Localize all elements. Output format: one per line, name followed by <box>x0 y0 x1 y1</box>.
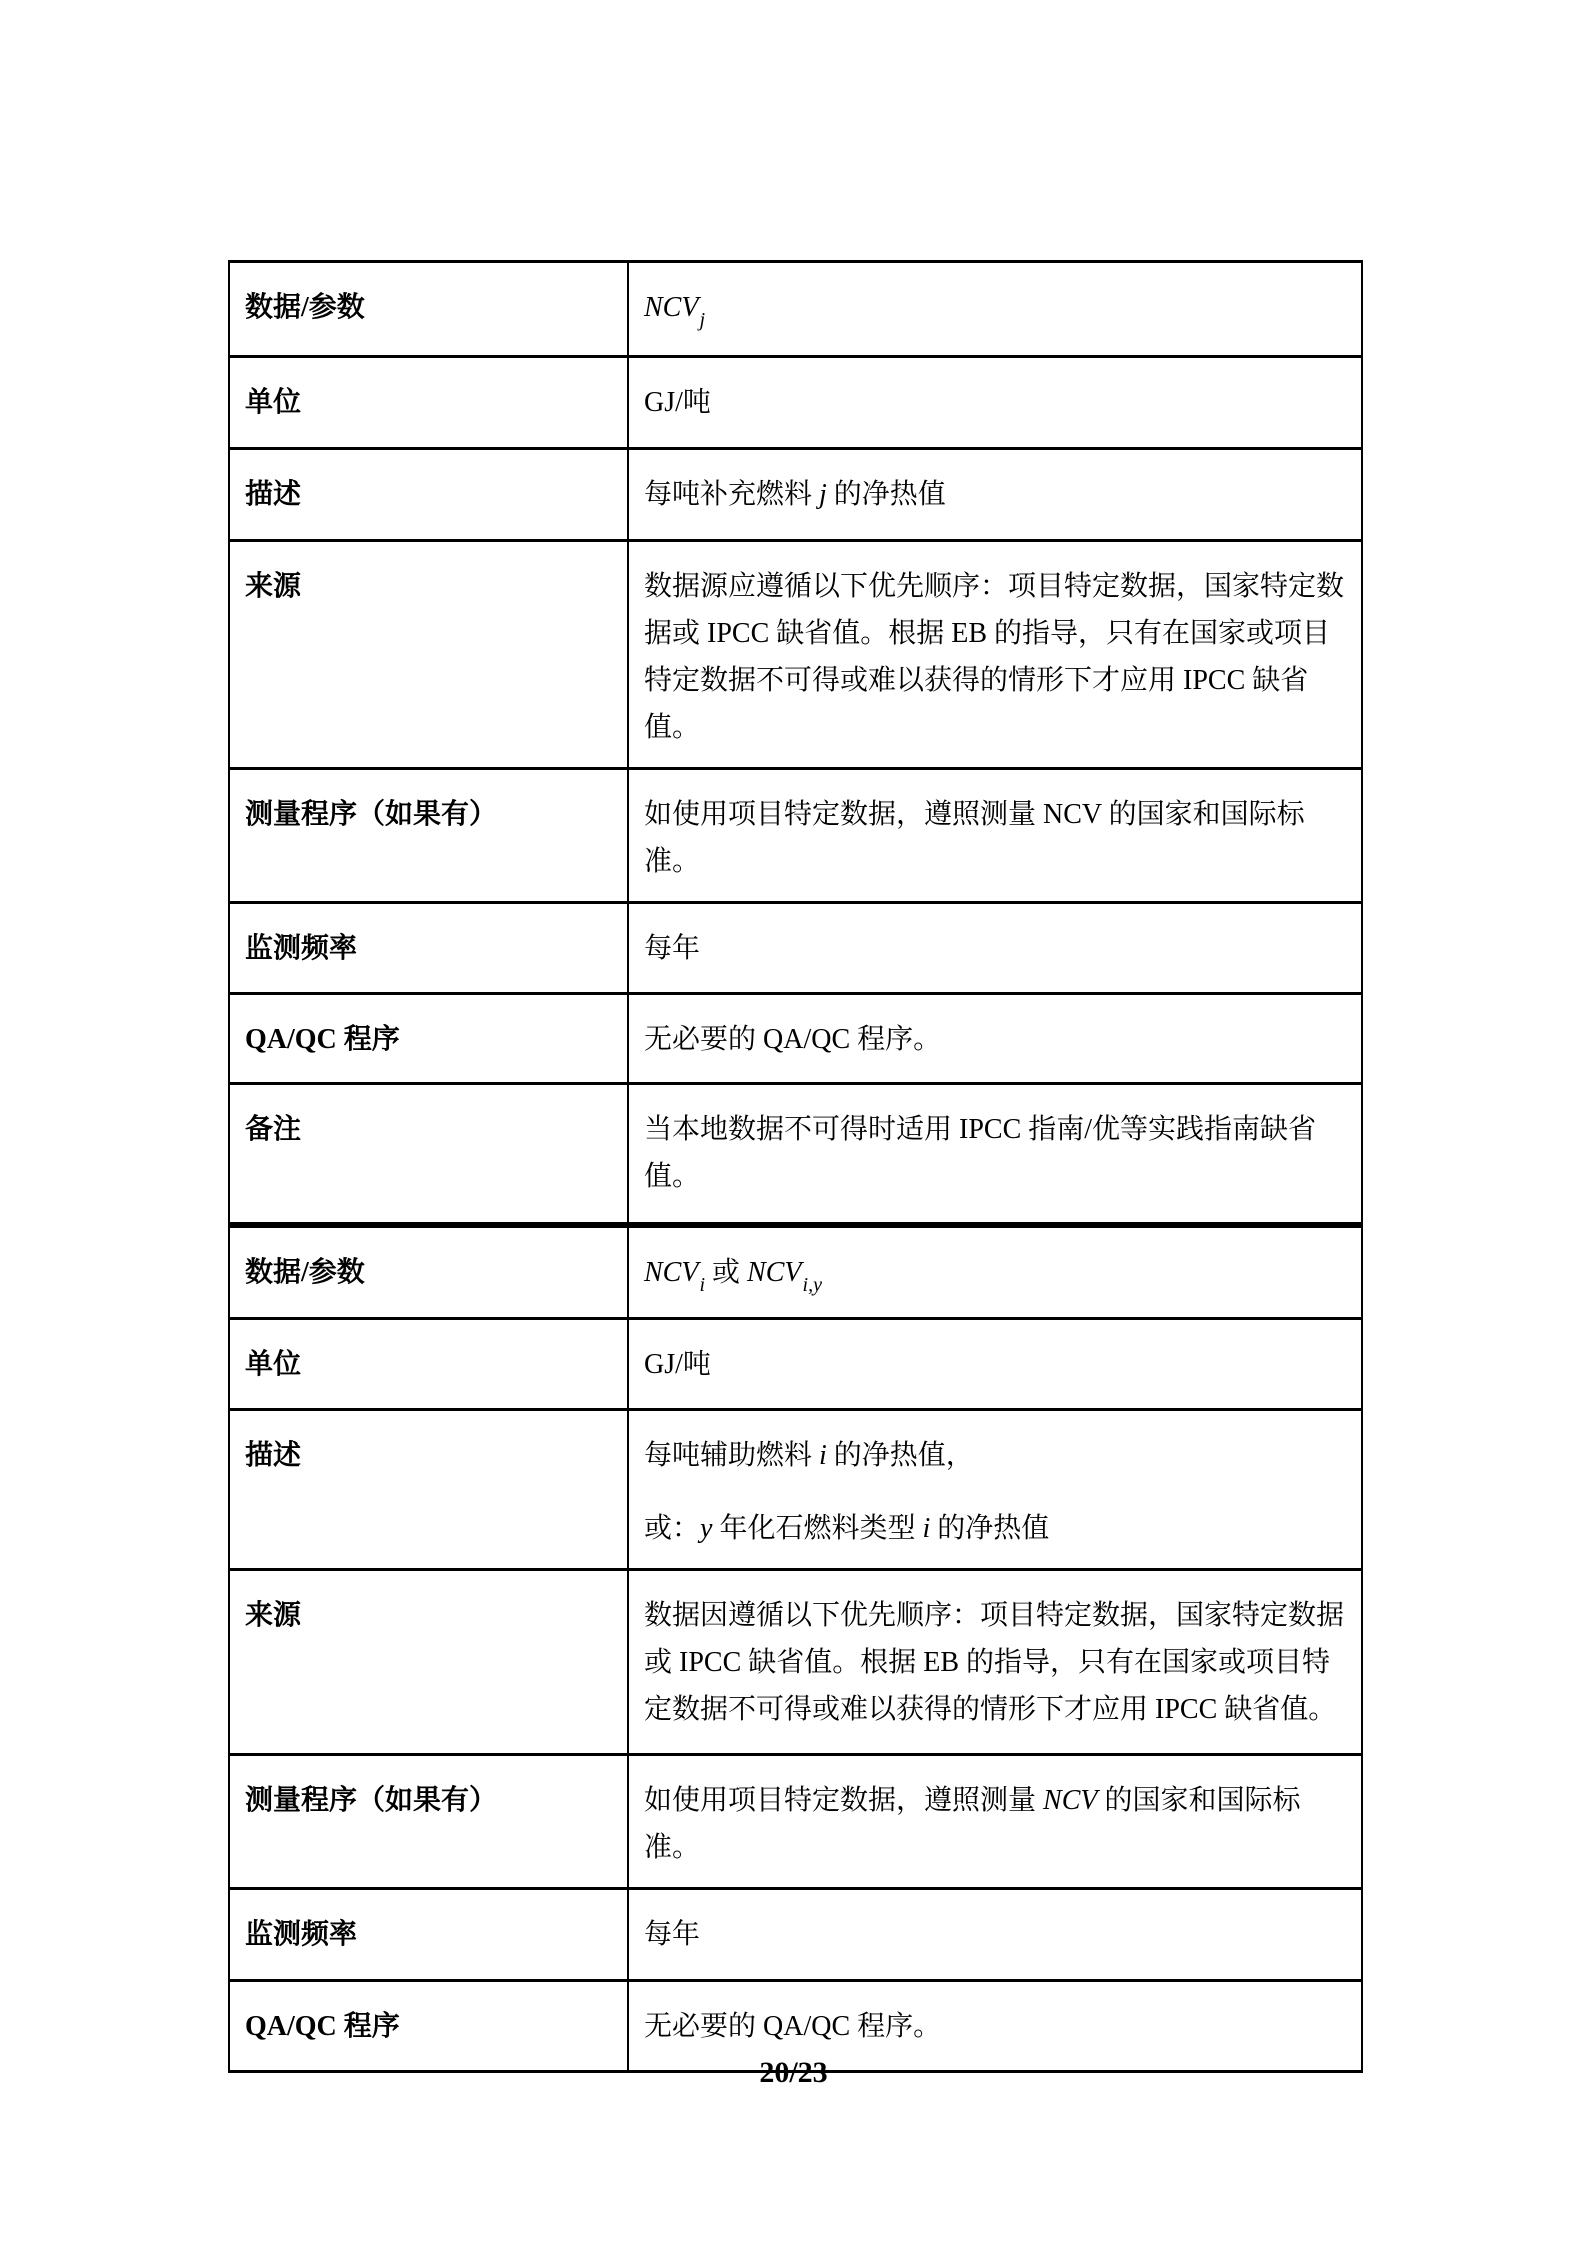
page-number: 20/23 <box>0 2056 1587 2090</box>
value-line: GJ/吨 <box>644 1341 1349 1388</box>
row-label: 测量程序（如果有） <box>230 770 627 901</box>
table-row: 数据/参数NCVj <box>230 263 1361 355</box>
row-label: 描述 <box>230 1411 627 1568</box>
text-segment: NCV <box>747 1257 801 1288</box>
text-segment: 如使用项目特定数据，遵照测量 NCV 的国家和国际标准。 <box>644 799 1305 877</box>
text-segment: 的净热值 <box>827 479 946 510</box>
row-label: 监测频率 <box>230 1890 627 1979</box>
text-segment: 或： <box>644 1513 700 1544</box>
row-value: 数据因遵循以下优先顺序：项目特定数据，国家特定数据或 IPCC 缺省值。根据 E… <box>627 1571 1361 1753</box>
text-segment: 每吨补充燃料 <box>644 479 819 510</box>
table-row: 描述每吨辅助燃料 i 的净热值，或：y 年化石燃料类型 i 的净热值 <box>230 1408 1361 1568</box>
table-row: 备注当本地数据不可得时适用 IPCC 指南/优等实践指南缺省值。 <box>230 1082 1361 1222</box>
table-row: 监测频率每年 <box>230 901 1361 992</box>
subscript-text: j <box>699 309 705 331</box>
text-segment: y <box>700 1513 712 1544</box>
value-line: 每吨辅助燃料 i 的净热值， <box>644 1432 1349 1479</box>
row-value: 数据源应遵循以下优先顺序：项目特定数据，国家特定数据或 IPCC 缺省值。根据 … <box>627 542 1361 767</box>
text-segment: NCV <box>1043 1785 1097 1816</box>
row-value: 当本地数据不可得时适用 IPCC 指南/优等实践指南缺省值。 <box>627 1085 1361 1222</box>
row-value: 如使用项目特定数据，遵照测量 NCV 的国家和国际标准。 <box>627 770 1361 901</box>
table-row: QA/QC 程序无必要的 QA/QC 程序。 <box>230 992 1361 1082</box>
row-label: 数据/参数 <box>230 1228 627 1317</box>
subscript-text: i,y <box>803 1274 822 1296</box>
value-line: NCVj <box>644 284 1349 334</box>
value-line: 数据因遵循以下优先顺序：项目特定数据，国家特定数据或 IPCC 缺省值。根据 E… <box>644 1592 1349 1733</box>
row-label: 备注 <box>230 1085 627 1222</box>
parameter-table-ncv-j: 数据/参数NCVj单位GJ/吨描述每吨补充燃料 j 的净热值来源数据源应遵循以下… <box>228 260 1363 1225</box>
value-line: 无必要的 QA/QC 程序。 <box>644 2003 1349 2050</box>
text-segment: 当本地数据不可得时适用 IPCC 指南/优等实践指南缺省值。 <box>644 1114 1316 1192</box>
row-value: GJ/吨 <box>627 1320 1361 1408</box>
row-label: 监测频率 <box>230 904 627 992</box>
value-line: 数据源应遵循以下优先顺序：项目特定数据，国家特定数据或 IPCC 缺省值。根据 … <box>644 563 1349 751</box>
row-label: 单位 <box>230 358 627 447</box>
text-segment: 无必要的 QA/QC 程序。 <box>644 1024 941 1055</box>
row-label: 单位 <box>230 1320 627 1408</box>
value-line: 如使用项目特定数据，遵照测量 NCV 的国家和国际标准。 <box>644 1777 1349 1871</box>
row-label: 描述 <box>230 450 627 539</box>
document-page: 数据/参数NCVj单位GJ/吨描述每吨补充燃料 j 的净热值来源数据源应遵循以下… <box>0 0 1587 2245</box>
row-label: 测量程序（如果有） <box>230 1756 627 1887</box>
text-segment: 年化石燃料类型 <box>712 1513 922 1544</box>
row-label: QA/QC 程序 <box>230 995 627 1082</box>
table-row: 来源数据源应遵循以下优先顺序：项目特定数据，国家特定数据或 IPCC 缺省值。根… <box>230 539 1361 767</box>
table-row: 单位GJ/吨 <box>230 355 1361 447</box>
row-value: 无必要的 QA/QC 程序。 <box>627 995 1361 1082</box>
table-row: 来源数据因遵循以下优先顺序：项目特定数据，国家特定数据或 IPCC 缺省值。根据… <box>230 1568 1361 1753</box>
row-value: GJ/吨 <box>627 358 1361 447</box>
text-segment: 每年 <box>644 1919 700 1950</box>
value-line: 每年 <box>644 925 1349 972</box>
text-segment: 每吨辅助燃料 <box>644 1440 819 1471</box>
table-row: 测量程序（如果有）如使用项目特定数据，遵照测量 NCV 的国家和国际标准。 <box>230 767 1361 901</box>
value-line: 或：y 年化石燃料类型 i 的净热值 <box>644 1505 1349 1552</box>
table-row: 测量程序（如果有）如使用项目特定数据，遵照测量 NCV 的国家和国际标准。 <box>230 1753 1361 1887</box>
table-row: 单位GJ/吨 <box>230 1317 1361 1408</box>
row-value: 如使用项目特定数据，遵照测量 NCV 的国家和国际标准。 <box>627 1756 1361 1887</box>
text-segment: 如使用项目特定数据，遵照测量 <box>644 1785 1043 1816</box>
text-segment: GJ/吨 <box>644 1349 711 1380</box>
text-segment: NCV <box>644 292 698 323</box>
text-segment: 每年 <box>644 933 700 964</box>
text-segment: NCV <box>644 1257 698 1288</box>
table-row: 监测频率每年 <box>230 1887 1361 1979</box>
row-value: NCVi 或 NCVi,y <box>627 1228 1361 1317</box>
value-line: 每吨补充燃料 j 的净热值 <box>644 471 1349 518</box>
text-segment: j <box>819 479 827 510</box>
text-segment: GJ/吨 <box>644 387 711 418</box>
value-line: NCVi 或 NCVi,y <box>644 1249 1349 1299</box>
row-value: 每吨辅助燃料 i 的净热值，或：y 年化石燃料类型 i 的净热值 <box>627 1411 1361 1568</box>
row-label: 来源 <box>230 1571 627 1753</box>
row-value: 每吨补充燃料 j 的净热值 <box>627 450 1361 539</box>
row-label: 来源 <box>230 542 627 767</box>
value-line: 如使用项目特定数据，遵照测量 NCV 的国家和国际标准。 <box>644 791 1349 885</box>
row-value: 每年 <box>627 904 1361 992</box>
row-label: 数据/参数 <box>230 263 627 355</box>
value-line: 当本地数据不可得时适用 IPCC 指南/优等实践指南缺省值。 <box>644 1106 1349 1200</box>
value-line: 每年 <box>644 1911 1349 1958</box>
text-segment: i <box>819 1440 827 1471</box>
row-value: 每年 <box>627 1890 1361 1979</box>
subscript-text: i <box>699 1274 705 1296</box>
text-segment: 数据源应遵循以下优先顺序：项目特定数据，国家特定数据或 IPCC 缺省值。根据 … <box>644 571 1344 743</box>
text-segment: 的净热值， <box>827 1440 974 1471</box>
value-line: 无必要的 QA/QC 程序。 <box>644 1016 1349 1063</box>
text-segment: 的净热值 <box>930 1513 1049 1544</box>
table-row: 描述每吨补充燃料 j 的净热值 <box>230 447 1361 539</box>
parameter-table-ncv-i: 数据/参数NCVi 或 NCVi,y单位GJ/吨描述每吨辅助燃料 i 的净热值，… <box>228 1225 1363 2073</box>
text-segment: 无必要的 QA/QC 程序。 <box>644 2011 941 2042</box>
text-segment: 数据因遵循以下优先顺序：项目特定数据，国家特定数据或 IPCC 缺省值。根据 E… <box>644 1600 1344 1725</box>
text-segment: 或 <box>705 1257 747 1288</box>
row-value: NCVj <box>627 263 1361 355</box>
table-row: 数据/参数NCVi 或 NCVi,y <box>230 1228 1361 1317</box>
value-line: GJ/吨 <box>644 379 1349 426</box>
